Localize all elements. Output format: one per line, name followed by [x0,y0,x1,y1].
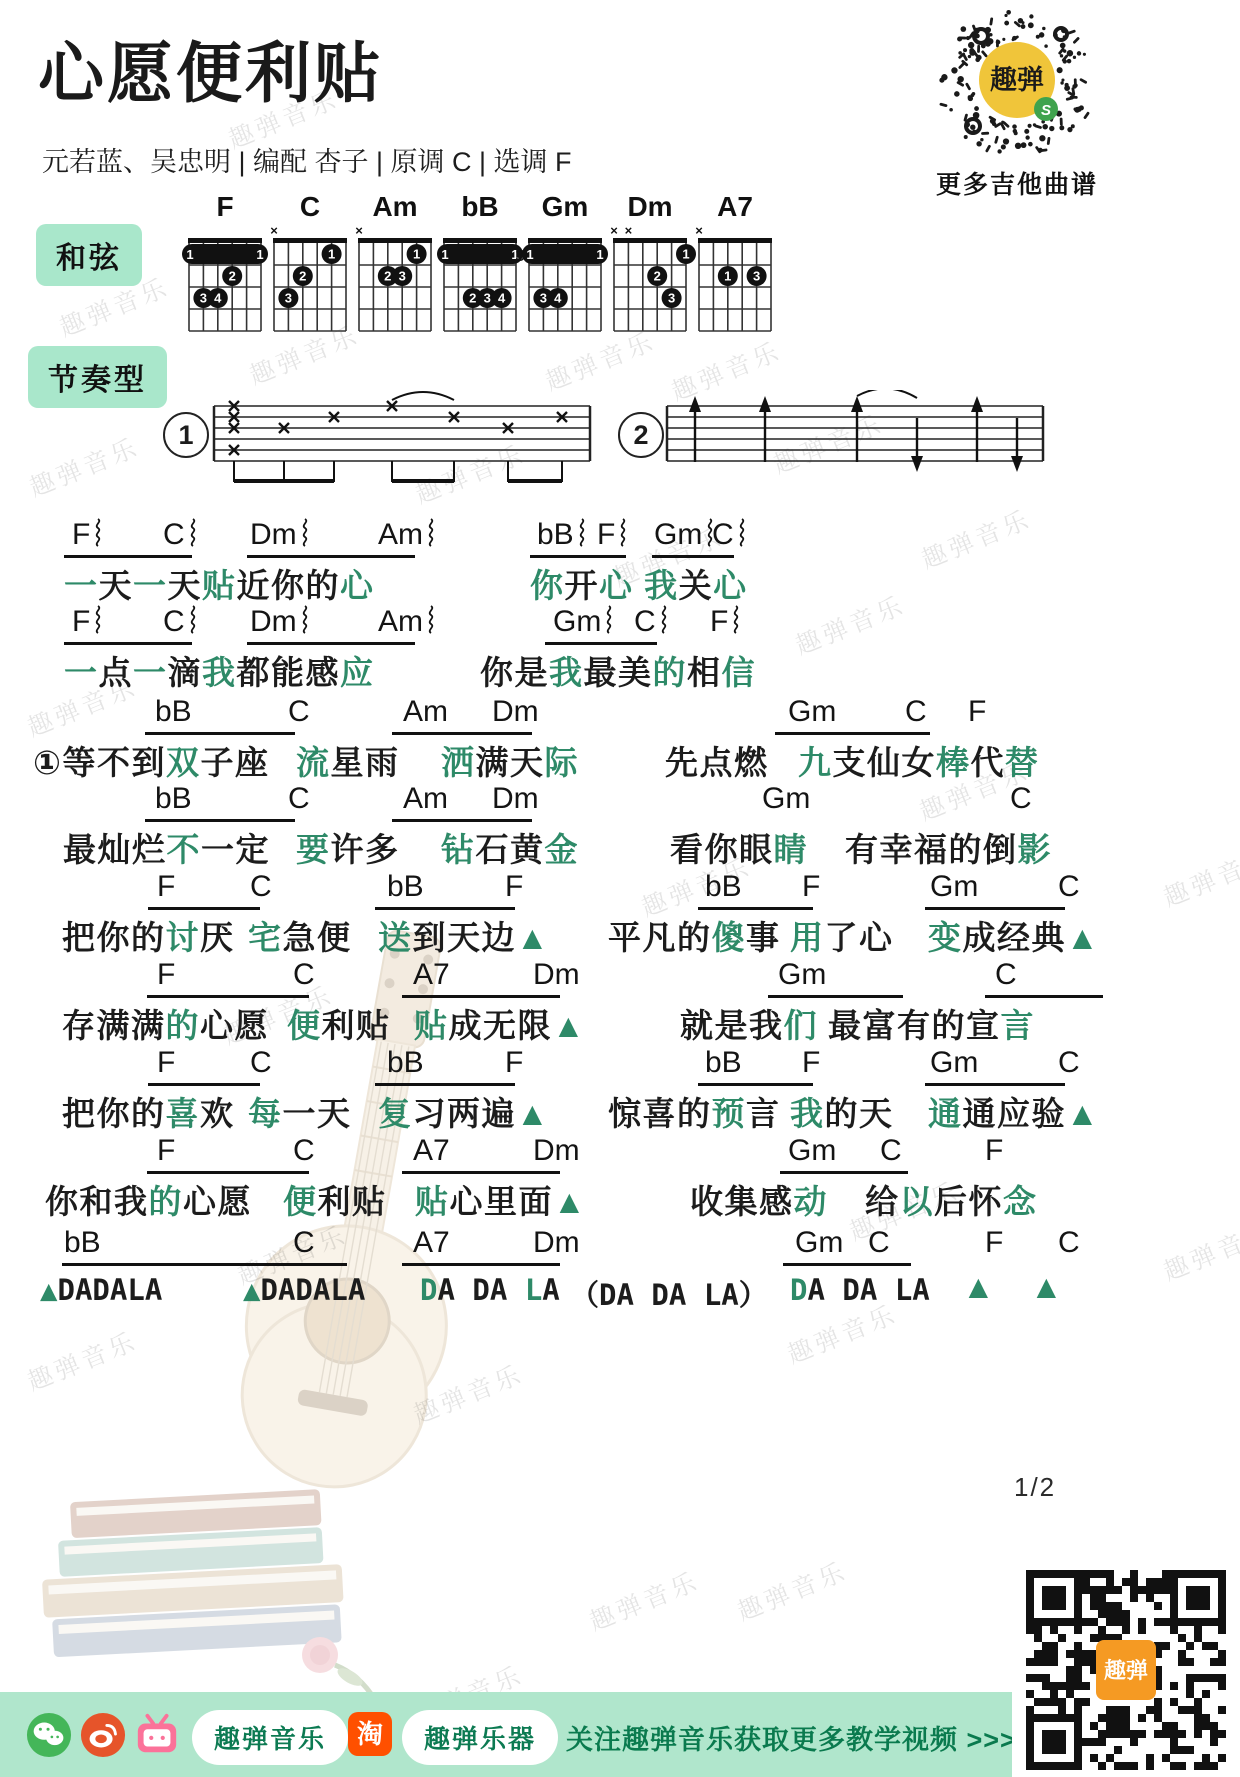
chord-symbol: C [995,958,1017,992]
chord-symbol: C [293,1134,315,1168]
chord-underline [530,555,626,558]
footer-slogan: 关注趣弹音乐获取更多教学视频 >>> [566,1718,1017,1757]
chord-symbol: A7 [413,1134,450,1168]
rhythm-pattern-number-1: 1 [163,412,209,458]
svg-text:3: 3 [540,291,547,306]
lyric-segment: 便利贴 [287,1000,391,1047]
rhythm-pattern-number-2: 2 [618,412,664,458]
chord-underline [62,1263,347,1266]
chord-symbol: Gm [788,695,836,729]
svg-text:2: 2 [469,291,476,306]
lyric-segment: 要许多 [296,824,400,871]
taobao-icon: 淘 [348,1712,392,1756]
chord-underline [145,732,295,735]
chord-symbol: C [905,695,927,729]
chord-symbol: C [250,870,272,904]
chord-symbol: C [293,958,315,992]
rhythm-pattern-2 [665,390,1047,500]
chord-name: A7 [682,192,788,224]
arpeggio-mark [618,518,628,548]
chord-symbol: Dm [492,782,539,816]
section-label-rhythm: 节奏型 [28,346,167,408]
lyric-segment: 就是我们 [680,1000,818,1047]
chord-symbol: Am [378,518,436,552]
chord-underline [783,1263,911,1266]
lyric-segment: 便利贴 [283,1176,387,1223]
arpeggio-mark [93,518,103,548]
svg-text:2: 2 [654,269,661,284]
arpeggio-mark [577,518,587,548]
svg-text:1: 1 [526,247,533,262]
chord-underline [780,1171,908,1174]
chord-symbol: A7 [413,1226,450,1260]
lyric-segment: 你是我最美的相信 [480,647,756,694]
bilibili-icon [134,1712,180,1758]
lyric-segment: 平凡的傻事 [608,912,781,959]
svg-text:1: 1 [441,247,448,262]
qr-dot-pattern: 趣弹S [937,8,1097,158]
lyric-segment: 一点一滴我都能感应 [64,647,375,694]
chord-symbol: C [288,782,310,816]
song-credits: 元若蓝、吴忠明 | 编配 杏子 | 原调 C | 选调 F [42,140,572,179]
section-label-chords: 和弦 [36,224,142,286]
lyric-segment: 复习两遍▲ [378,1088,550,1135]
chord-symbol: bB [155,782,192,816]
arpeggio-mark [93,605,103,635]
chord-underline [64,555,192,558]
svg-text:1: 1 [186,247,193,262]
chord-symbol: Gm [654,518,715,552]
svg-text:1: 1 [328,247,335,262]
svg-text:3: 3 [200,291,207,306]
chord-underline [147,995,309,998]
chord-symbol: F [985,1226,1003,1260]
arpeggio-mark [659,605,669,635]
lyric-segment: ▲ [1030,1268,1064,1306]
chord-symbol: F [157,1134,175,1168]
chord-symbol: F [710,605,741,639]
lyric-segment: 宅急便 [248,912,352,959]
qr-square-pattern: 趣弹 [1012,1562,1240,1777]
chord-symbol: F [802,1046,820,1080]
chord-symbol: bB [705,1046,742,1080]
footer-brand-music: 趣弹音乐 [192,1710,348,1765]
chord-symbol: bB [705,870,742,904]
svg-text:×: × [355,224,363,238]
chord-symbol: F [72,518,103,552]
lyric-segment: DA DA LA [420,1273,560,1307]
footer-brand-store: 趣弹乐器 [402,1710,558,1765]
chord-symbol: F [597,518,628,552]
page-title: 心愿便利贴 [38,20,383,115]
chord-symbol: C [712,518,747,552]
chord-underline [375,1083,515,1086]
chord-symbol: F [802,870,820,904]
chord-underline [985,995,1103,998]
chord-underline [247,555,415,558]
chord-symbol: C [1058,1046,1080,1080]
lyric-segment: 把你的喜欢 [62,1088,235,1135]
svg-text:3: 3 [285,291,292,306]
chord-underline [698,1083,813,1086]
svg-text:4: 4 [498,291,506,306]
svg-text:×: × [695,224,703,238]
chord-symbol: C [288,695,310,729]
chord-symbol: Gm [788,1134,836,1168]
chord-underline [775,732,930,735]
chord-symbol: C [163,605,198,639]
chord-underline [545,642,657,645]
lyric-segment: 存满满的心愿 [62,1000,269,1047]
lyric-segment: 流星雨 [296,737,400,784]
svg-text:趣弹: 趣弹 [990,65,1044,95]
lyric-segment: 有幸福的倒影 [845,824,1052,871]
svg-text:S: S [1041,102,1051,119]
lyric-segment: ①等不到双子座 [33,737,269,784]
chord-symbol: Gm [762,782,810,816]
chord-symbol: Gm [778,958,826,992]
svg-text:1: 1 [724,269,731,284]
chord-symbol: Am [403,695,448,729]
lyric-segment: DA DA LA [790,1273,930,1307]
lyric-segment: （DA DA LA） [570,1273,768,1314]
arpeggio-mark [426,518,436,548]
sheet-music-page: 心愿便利贴 元若蓝、吴忠明 | 编配 杏子 | 原调 C | 选调 F 趣弹S … [0,0,1240,1777]
qr-code-bottom: 趣弹 [1012,1562,1240,1777]
chord-symbol: A7 [413,958,450,992]
chord-symbol: F [157,958,175,992]
page-number: 1/2 [1014,1472,1056,1503]
lyric-segment: 贴成无限▲ [414,1000,586,1047]
svg-text:3: 3 [753,269,760,284]
arpeggio-mark [426,605,436,635]
chord-symbol: bB [155,695,192,729]
chord-underline [925,1083,1065,1086]
lyric-segment: 惊喜的预言 [608,1088,781,1135]
chord-underline [375,907,515,910]
chord-symbol: F [968,695,986,729]
chord-symbol: Am [378,605,436,639]
lyric-segment: 用了心 [790,912,894,959]
lyric-segment: 洒满天际 [441,737,579,784]
lyric-segment: 把你的讨厌 [62,912,235,959]
chord-symbol: C [1058,870,1080,904]
svg-text:3: 3 [399,269,406,284]
chord-symbol: bB [64,1226,101,1260]
qr-code-top: 趣弹S 更多吉他曲谱 [932,8,1102,201]
arpeggio-mark [300,518,310,548]
svg-text:×: × [610,224,618,238]
chord-underline [925,907,1065,910]
lyric-segment: 钻石黄金 [441,824,579,871]
chord-underline [145,819,295,822]
chord-symbol: Am [403,782,448,816]
lyric-segment: 给以后怀念 [865,1176,1038,1223]
chord-symbol: F [157,870,175,904]
lyric-segment: 一天一天贴近你的心 [64,560,375,607]
chord-underline [148,907,260,910]
lyric-segment: ▲DADALA [40,1273,162,1307]
chord-symbol: Dm [533,1226,580,1260]
chord-symbol: C [1010,782,1032,816]
chord-symbol: C [634,605,669,639]
chord-symbol: Dm [250,605,310,639]
chord-symbol: Gm [553,605,614,639]
svg-text:×: × [625,224,633,238]
weibo-icon [80,1712,126,1758]
chord-underline [402,1171,560,1174]
lyric-segment: 最富有的宣言 [828,1000,1035,1047]
chord-symbol: C [250,1046,272,1080]
chord-symbol: Dm [250,518,310,552]
arpeggio-mark [300,605,310,635]
svg-text:2: 2 [299,269,306,284]
chord-underline [392,819,532,822]
chord-underline [402,995,560,998]
svg-text:趣弹: 趣弹 [1104,1658,1148,1683]
arpeggio-mark [604,605,614,635]
chord-symbol: bB [387,870,424,904]
lyric-segment: 贴心里面▲ [415,1176,587,1223]
svg-text:4: 4 [554,291,562,306]
chord-symbol: F [72,605,103,639]
lyric-segment: 变成经典▲ [928,912,1100,959]
chord-symbol: C [163,518,198,552]
svg-text:2: 2 [384,269,391,284]
chord-symbol: C [1058,1226,1080,1260]
chord-diagram-row: F11234C×123Am×123bB11234Gm31134Dm××123A7… [172,192,972,342]
chord-symbol: C [868,1226,890,1260]
chord-symbol: F [505,1046,523,1080]
lyric-segment: 我的天 [790,1088,894,1135]
chord-underline [247,642,415,645]
lyric-segment: 先点燃 [665,737,769,784]
chord-underline [698,907,813,910]
chord-symbol: Dm [492,695,539,729]
lyric-segment: 送到天边▲ [378,912,550,959]
rhythm-pattern-1 [212,390,594,500]
svg-text:1: 1 [413,247,420,262]
arpeggio-mark [188,605,198,635]
arpeggio-mark [731,605,741,635]
chord-symbol: Dm [533,1134,580,1168]
chord-symbol: Gm [930,870,978,904]
lyric-segment: 最灿烂不一定 [63,824,270,871]
chord-symbol: Dm [533,958,580,992]
lyric-segment: 你和我的心愿 [45,1176,252,1223]
chord-symbol: F [505,870,523,904]
svg-text:3: 3 [668,291,675,306]
chord-symbol: C [293,1226,315,1260]
chord-underline [768,995,903,998]
chord-underline [402,1263,560,1266]
chord-underline [64,642,192,645]
chord-underline [652,555,734,558]
chord-symbol: F [985,1134,1003,1168]
arpeggio-mark [737,518,747,548]
svg-text:3: 3 [484,291,491,306]
chord-grid: ×13 [682,224,788,342]
chord-symbol: bB [387,1046,424,1080]
chord-underline [392,732,532,735]
svg-text:×: × [270,224,278,238]
chord-symbol: Gm [795,1226,843,1260]
chord-symbol: C [880,1134,902,1168]
lyric-segment: 每一天 [248,1088,352,1135]
lyric-segment: ▲ [962,1268,996,1306]
chord-symbol: Gm [930,1046,978,1080]
chord-underline [148,1083,260,1086]
chord-symbol: bB [537,518,587,552]
svg-text:4: 4 [214,291,222,306]
lyric-segment: 你开心 我关心 [530,560,748,607]
lyric-segment: 看你眼睛 [670,824,808,871]
lyric-segment: 九支仙女棒代替 [798,737,1040,784]
chord-underline [147,1171,309,1174]
chord-diagram-A7: A7×13 [682,192,788,347]
qr-code-dots: 趣弹S [932,8,1102,163]
lyric-segment: 收集感动 [690,1176,828,1223]
arpeggio-mark [188,518,198,548]
lyric-segment: 通通应验▲ [928,1088,1100,1135]
lyric-segment: ▲DADALA [243,1273,365,1307]
wechat-icon [26,1712,72,1758]
chord-symbol: F [157,1046,175,1080]
svg-text:2: 2 [229,269,236,284]
